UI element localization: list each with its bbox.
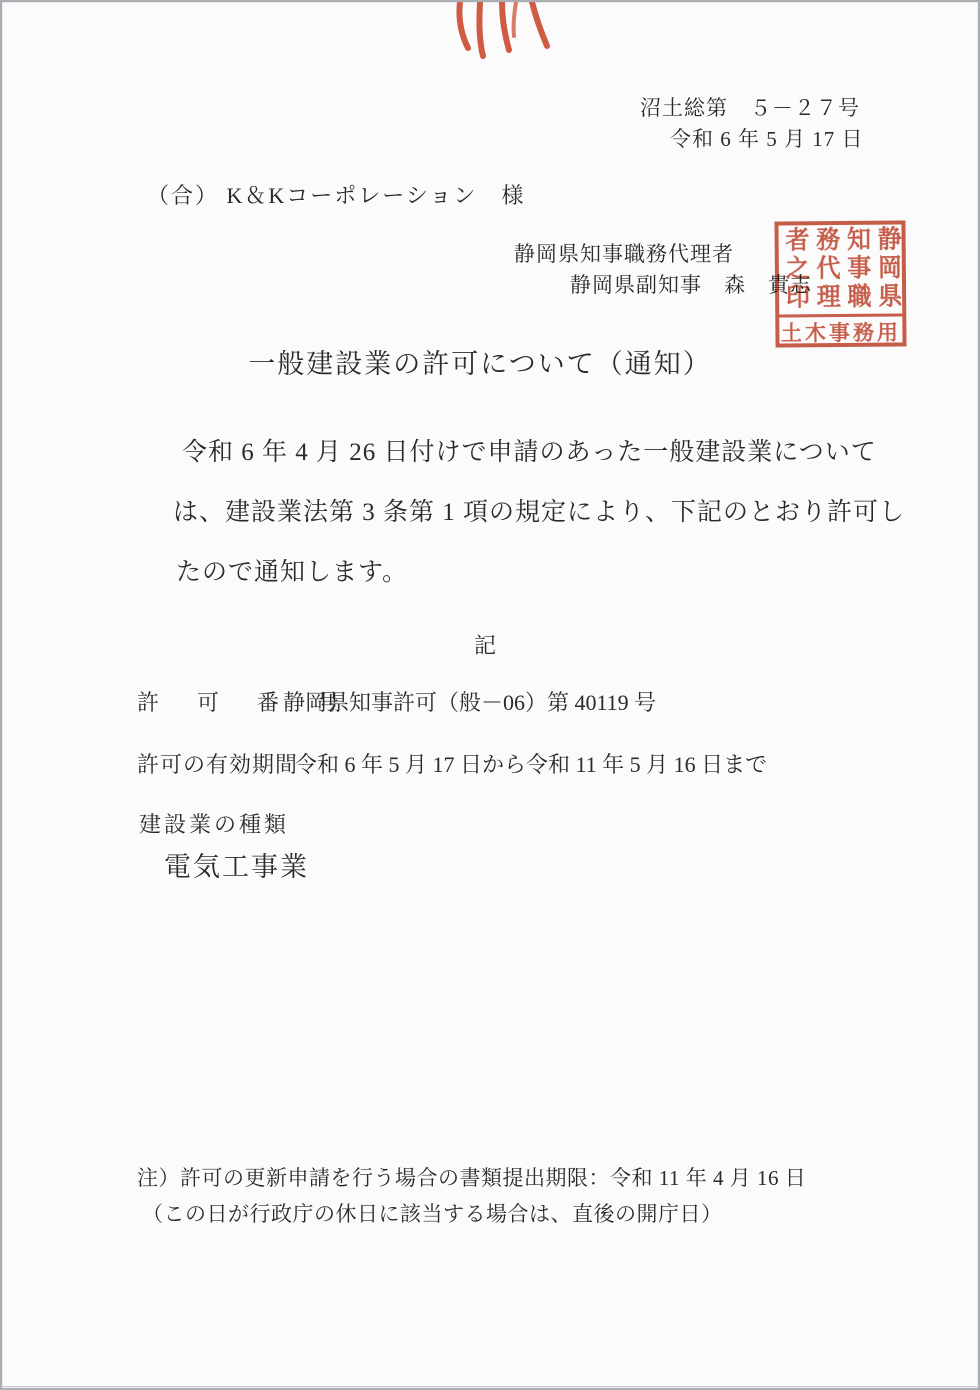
seal-script-text: 静岡県 知事職 務代理 者之印 xyxy=(778,224,902,314)
issue-date: 令和 6 年 5 月 17 日 xyxy=(670,123,864,153)
body-line: たので通知します。 xyxy=(176,552,408,588)
addressee-line: （合） K＆Kコーポレーション 様 xyxy=(147,179,525,210)
seal-column: 者之印 xyxy=(782,226,807,311)
footnote-line: 注）許可の更新申請を行う場合の書類提出期限：令和 11 年 4 月 16 日 xyxy=(137,1162,806,1192)
validity-period-value: 令和 6 年 5 月 17 日から令和 11 年 5 月 16 日まで xyxy=(295,748,767,779)
subject-title: 一般建設業の許可について（通知） xyxy=(2,342,958,381)
seal-column: 務代理 xyxy=(813,226,838,311)
seal-column: 知事職 xyxy=(843,226,868,311)
business-type-label: 建設業の種類 xyxy=(139,808,289,839)
business-type-value: 電気工事業 xyxy=(164,845,309,884)
sender-title: 静岡県知事職務代理者 xyxy=(514,238,734,268)
official-red-seal: 静岡県 知事職 務代理 者之印 土木事務用 xyxy=(774,220,906,347)
scanned-letter-page: 沼土総第 ５－２７号 令和 6 年 5 月 17 日 （合） K＆Kコーポレーシ… xyxy=(0,0,980,1390)
validity-period-label: 許可の有効期間 xyxy=(137,748,298,779)
red-stamp-remnant-icon xyxy=(450,2,560,60)
body-line: は、建設業法第 3 条第 1 項の規定により、下記のとおり許可し xyxy=(173,492,905,528)
footnote-line: （この日が行政庁の休日に該当する場合は、直後の開庁日） xyxy=(142,1198,723,1228)
document-number: 沼土総第 ５－２７号 xyxy=(640,92,860,122)
body-line: 令和 6 年 4 月 26 日付けで申請のあった一般建設業について xyxy=(182,432,877,468)
permit-number-value: 静岡県知事許可（般－06）第 40119 号 xyxy=(283,686,656,717)
seal-column: 静岡県 xyxy=(874,225,899,310)
record-marker: 記 xyxy=(2,629,968,660)
